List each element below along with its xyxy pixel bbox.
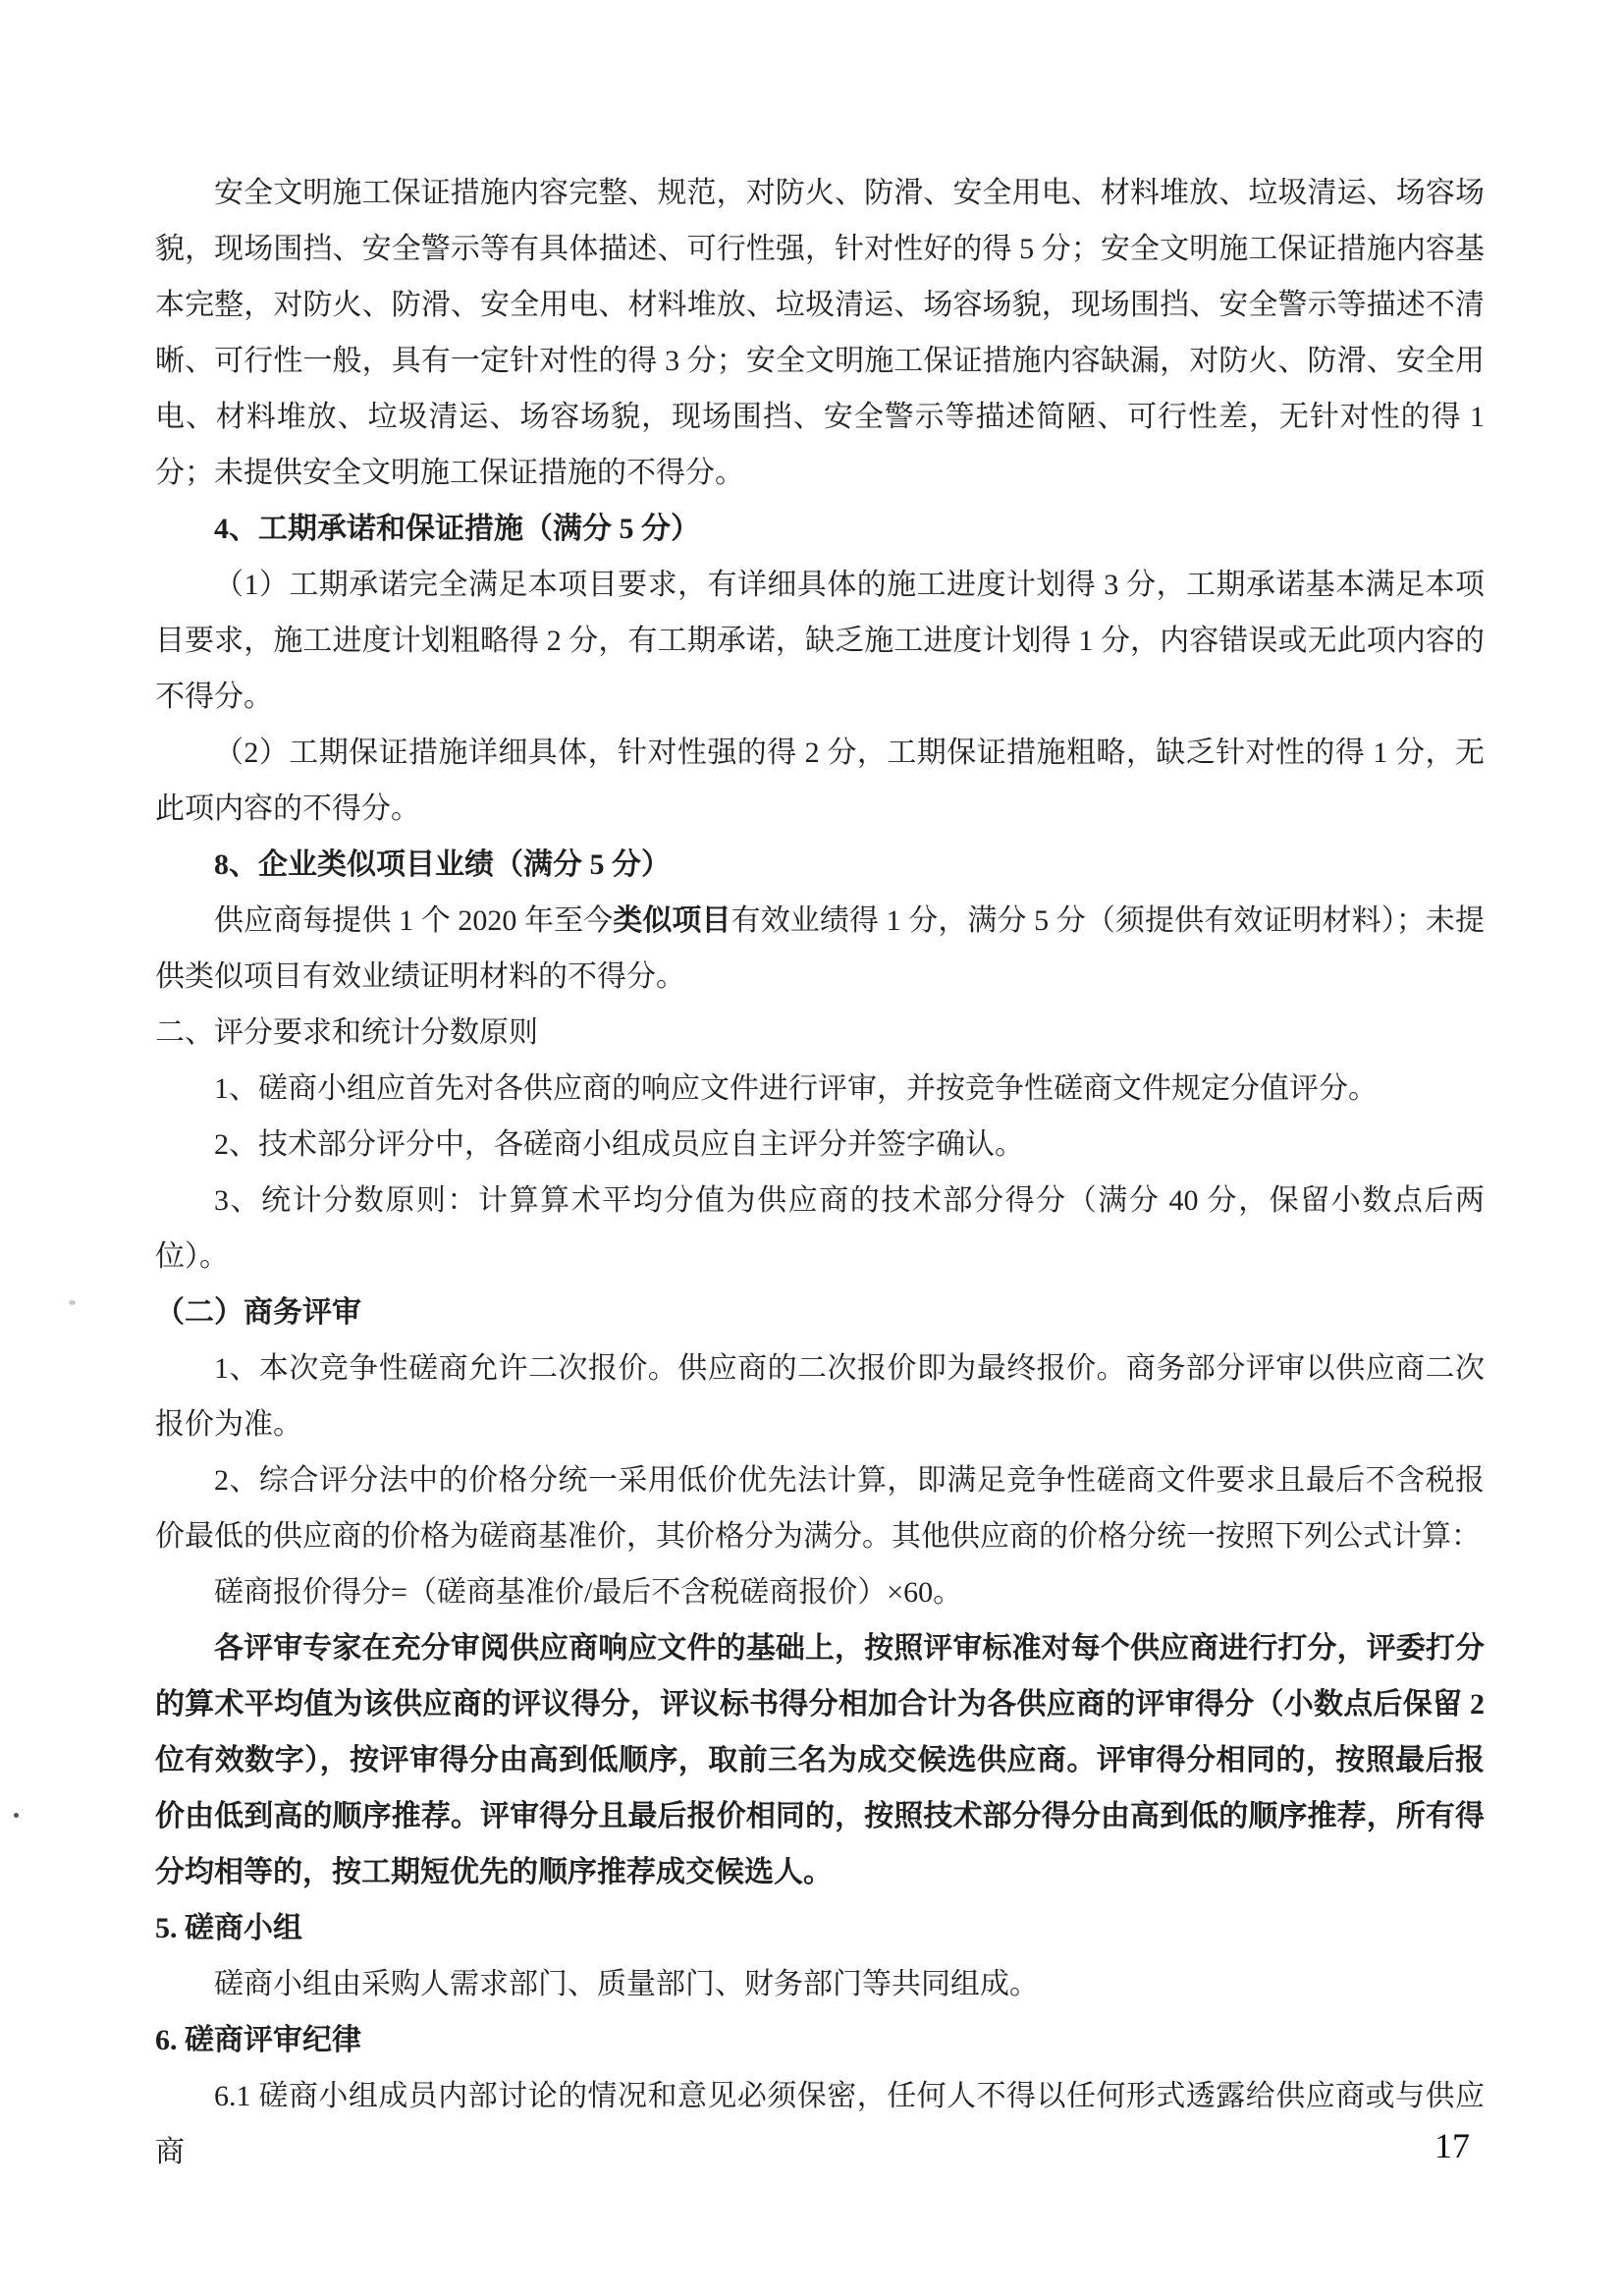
para-business-price-score-method: 2、综合评分法中的价格分统一采用低价优先法计算，即满足竞争性磋商文件要求且最后不…: [155, 1452, 1485, 1564]
heading-8-similar-project-performance: 8、企业类似项目业绩（满分 5 分）: [155, 837, 1485, 893]
heading-5-negotiation-team: 5. 磋商小组: [155, 1900, 1485, 1956]
para-business-second-quote: 1、本次竞争性磋商允许二次报价。供应商的二次报价即为最终报价。商务部分评审以供应…: [155, 1340, 1485, 1452]
heading-6-review-discipline: 6. 磋商评审纪律: [155, 2012, 1485, 2068]
para-quote-score-formula: 磋商报价得分=（磋商基准价/最后不含税磋商报价）×60。: [155, 1564, 1485, 1620]
document-page: 安全文明施工保证措施内容完整、规范，对防火、防滑、安全用电、材料堆放、垃圾清运、…: [0, 0, 1623, 2296]
para-safety-civilized-construction: 安全文明施工保证措施内容完整、规范，对防火、防滑、安全用电、材料堆放、垃圾清运、…: [155, 165, 1485, 501]
para-segment-emphasis: 类似项目: [613, 904, 730, 937]
para-similar-project-performance: 供应商每提供 1 个 2020 年至今类似项目有效业绩得 1 分，满分 5 分（…: [155, 893, 1485, 1005]
para-scoring-rule-1: 1、磋商小组应首先对各供应商的响应文件进行评审，并按竞争性磋商文件规定分值评分。: [155, 1061, 1485, 1117]
heading-business-review: （二）商务评审: [155, 1285, 1485, 1340]
para-confidentiality-6-1: 6.1 磋商小组成员内部讨论的情况和意见必须保密，任何人不得以任何形式透露给供应…: [155, 2068, 1485, 2180]
para-segment-prefix: 供应商每提供 1 个 2020 年至今: [214, 904, 613, 937]
document-body: 安全文明施工保证措施内容完整、规范，对防火、防滑、安全用电、材料堆放、垃圾清运、…: [155, 165, 1485, 2180]
para-negotiation-team-composition: 磋商小组由采购人需求部门、质量部门、财务部门等共同组成。: [155, 1956, 1485, 2012]
scan-artifact-dot-dark: [14, 1813, 19, 1818]
para-scoring-rule-2: 2、技术部分评分中，各磋商小组成员应自主评分并签字确认。: [155, 1117, 1485, 1173]
page-number: 17: [1434, 2124, 1470, 2167]
para-scoring-rule-3: 3、统计分数原则：计算算术平均分值为供应商的技术部分得分（满分 40 分，保留小…: [155, 1173, 1485, 1285]
para-duration-item-2: （2）工期保证措施详细具体，针对性强的得 2 分，工期保证措施粗略，缺乏针对性的…: [155, 725, 1485, 837]
heading-4-duration-commitment: 4、工期承诺和保证措施（满分 5 分）: [155, 501, 1485, 557]
para-duration-item-1: （1）工期承诺完全满足本项目要求，有详细具体的施工进度计划得 3 分，工期承诺基…: [155, 557, 1485, 725]
para-expert-scoring-rules: 各评审专家在充分审阅供应商响应文件的基础上，按照评审标准对每个供应商进行打分，评…: [155, 1620, 1485, 1900]
heading-2-scoring-requirements: 二、评分要求和统计分数原则: [155, 1005, 1485, 1061]
scan-artifact-dot-light: [69, 1300, 76, 1305]
